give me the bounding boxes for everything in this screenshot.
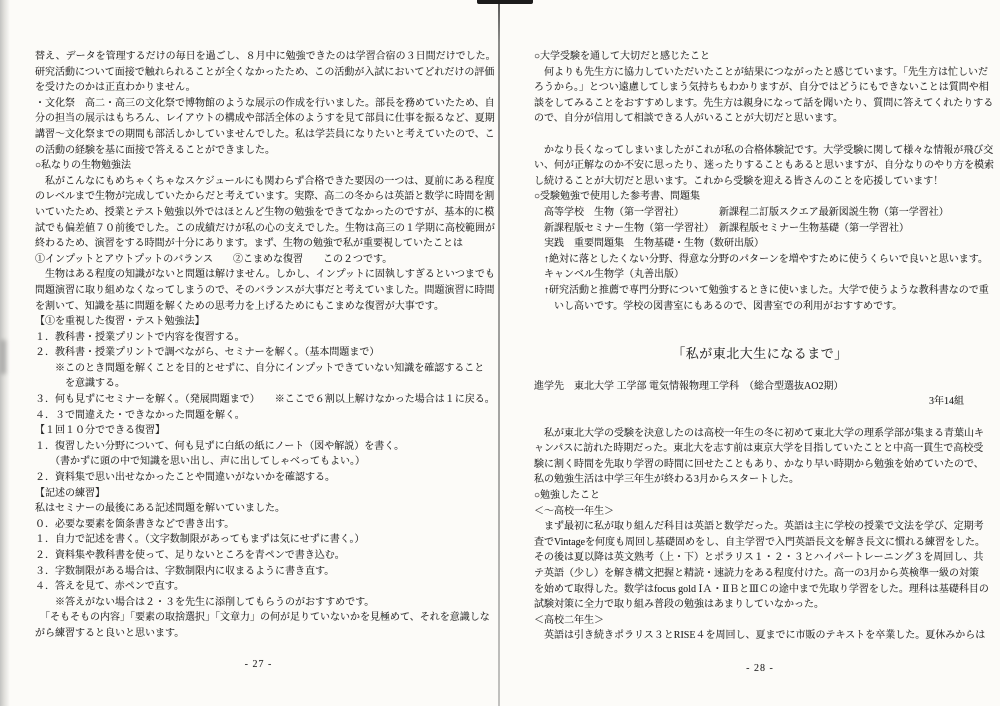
text-line: 問題演習に取り組めなくなってしまうので、そのバランスが大事だと考えていました。問… bbox=[35, 283, 482, 299]
text-line: し続けることが大切だと思います。これから受験を迎える皆さんのことを応援しています… bbox=[534, 174, 986, 190]
book-gutter-line bbox=[498, 0, 500, 706]
text-line bbox=[534, 127, 986, 143]
text-line: 講習～文化祭までの期間も部活しかしていませんでした。私は学芸員になりたいと考えて… bbox=[35, 127, 482, 143]
text-line: を割いて、知識を基に問題を解くための思考力を上げるためにもこまめな復習が大事です… bbox=[35, 299, 482, 315]
text-line: その後は夏以降は英文熟考（上・下）とポラリス１・２・３とハイパートレーニング３を… bbox=[534, 550, 986, 566]
text-line: １．復習したい分野について、何も見ずに白紙の紙にノート（図や解説）を書く。 bbox=[35, 439, 482, 455]
text-line: 試験対策に全力で取り組み普段の勉強はあまりしていなかった。 bbox=[534, 597, 986, 613]
text-line: 進学先 東北大学 工学部 電気情報物理工学科 （総合型選抜AO2期） bbox=[534, 379, 986, 395]
text-line: ○大学受験を通して大切だと感じたこと bbox=[534, 49, 986, 65]
text-line: 「そもそもの内容」「要素の取捨選択」「文章力」の何が足りていないかを見極めて、そ… bbox=[35, 610, 482, 626]
text-line: ＜高校二年生＞ bbox=[534, 613, 986, 629]
text-line: ※答えがない場合は２・３を先生に添削してもらうのがおすすめです。 bbox=[35, 595, 482, 611]
text-line: いていたため、授業とテスト勉強以外ではほとんど生物の勉強をできてなかったのですが… bbox=[35, 205, 482, 221]
text-line: 【記述の練習】 bbox=[35, 486, 482, 502]
text-line: 験に割く時間を先取り学習の時間に回せたこともあり、かなり早い時期から勉強を始めて… bbox=[534, 457, 986, 473]
text-line: ろうから。」とつい遠慮してしまう気持ちもわかりますが、自分ではどうにもできないこ… bbox=[534, 80, 986, 96]
text-line: ので、自分が信用して相談できる人がいることが大切だと思います。 bbox=[534, 111, 986, 127]
page-27: 替え、データを管理するだけの毎日を過ごし、８月中に勉強できたのは学習合宿の３日間… bbox=[35, 0, 482, 706]
page-28-text-block: ○大学受験を通して大切だと感じたこと 何よりも先生方に協力していただいたことが結… bbox=[534, 49, 986, 644]
text-line: ３．字数制限がある場合は、字数制限内に収まるように書き直す。 bbox=[35, 564, 482, 580]
page-27-text-block: 替え、データを管理するだけの毎日を過ごし、８月中に勉強できたのは学習合宿の３日間… bbox=[35, 49, 482, 642]
text-line: ２．資料集や教科書を使って、足りないところを青ペンで書き込む。 bbox=[35, 548, 482, 564]
text-line: 生物はある程度の知識がないと問題は解けません。しかし、インプットに固執しすぎると… bbox=[35, 267, 482, 283]
text-line: ○私なりの生物勉強法 bbox=[35, 158, 482, 174]
text-line: まず最初に私が取り組んだ科目は英語と数学だった。英語は主に学校の授業で文法を学び… bbox=[534, 519, 986, 535]
text-line: がら練習すると良いと思います。 bbox=[35, 626, 482, 642]
text-line: ２．教科書・授業プリントで調べながら、セミナーを解く。（基本問題まで） bbox=[35, 345, 482, 361]
page-number: - 27 - bbox=[35, 659, 482, 670]
text-line: 査でVintageを何度も周回し基礎固めをし、自主学習で入門英語長文を解き長文に… bbox=[534, 535, 986, 551]
text-line bbox=[534, 410, 986, 426]
text-line: 高等学校 生物（第一学習社） 新課程二訂版スクエア最新図説生物（第一学習社） bbox=[534, 205, 986, 221]
text-line bbox=[534, 363, 986, 379]
text-line: 私が東北大学の受験を決意したのは高校一年生の冬に初めて東北大学の理系学部が集まる… bbox=[534, 426, 986, 442]
essay-title: 「私が東北大生になるまで」 bbox=[534, 345, 986, 363]
text-line: 分の担当の展示はもちろん、レイアウトの構成や部活全体のようすを見て部員に仕事を振… bbox=[35, 111, 482, 127]
text-line: 私がこんなにもめちゃくちゃなスケジュールにも関わらず合格できた要因の一つは、夏前… bbox=[35, 174, 482, 190]
text-line: テ英語（少し）を解き構文把握と精読・速読力をある程度付けた。高一の3月から英検準… bbox=[534, 566, 986, 582]
text-line: 私はセミナーの最後にある記述問題を解いていました。 bbox=[35, 501, 482, 517]
text-line: を受けたのかは正直わかりません。 bbox=[35, 80, 482, 96]
text-line: ○受験勉強で使用した参考書、問題集 bbox=[534, 189, 986, 205]
text-line: 【１回１０分でできる復習】 bbox=[35, 423, 482, 439]
text-line: 英語は引き続きポラリス３とRISE４を周回し、夏までに市販のテキストを卒業した。… bbox=[534, 628, 986, 644]
text-line: の活動の経験を基に面接で答えることができました。 bbox=[35, 143, 482, 159]
text-line: かなり長くなってしまいましたがこれが私の合格体験記です。大学受験に関して様々な情… bbox=[534, 143, 986, 159]
text-line: ４．答えを見て、赤ペンで直す。 bbox=[35, 579, 482, 595]
text-line: ０．必要な要素を箇条書きなどで書き出す。 bbox=[35, 517, 482, 533]
text-line: のレベルまで生物が完成していたからだと考えています。実際、高二の冬からは英語と数… bbox=[35, 189, 482, 205]
text-line: ※このとき問題を解くことを目的とせずに、自分にインプットできていない知識を確認す… bbox=[35, 361, 482, 377]
page-number: - 28 - bbox=[534, 663, 986, 674]
text-line: ４．３で間違えた・できなかった問題を解く。 bbox=[35, 408, 482, 424]
text-line: 新課程版セミナー生物（第一学習社） 新課程版セミナー生物基礎（第一学習社） bbox=[534, 221, 986, 237]
text-line: 【①を重視した復習・テスト勉強法】 bbox=[35, 314, 482, 330]
text-line: い、何が正解なのか不安に思ったり、迷ったりすることもあると思いますが、自分なりの… bbox=[534, 158, 986, 174]
text-line: ○勉強したこと bbox=[534, 488, 986, 504]
text-line: ャンパスに訪れた時期だった。東北大を志す前は東京大学を目指していたことと中高一貫… bbox=[534, 441, 986, 457]
text-line: 替え、データを管理するだけの毎日を過ごし、８月中に勉強できたのは学習合宿の３日間… bbox=[35, 49, 482, 65]
text-line: 終わるため、演習をする時間が十分にあります。まず、生物の勉強で私が重要視していた… bbox=[35, 236, 482, 252]
text-line: 研究活動について面接で触れられることが全くなかったため、この活動が入試においてど… bbox=[35, 65, 482, 81]
text-line: ３．何も見ずにセミナーを解く。（発展問題まで） ※ここで６割以上解けなかった場合… bbox=[35, 392, 482, 408]
text-line: ＜～高校一年生＞ bbox=[534, 504, 986, 520]
text-line: ↑研究活動と推薦で専門分野について勉強するときに使いました。大学で使うような教科… bbox=[534, 283, 986, 299]
text-line bbox=[534, 330, 986, 346]
text-line: いし高いです。学校の図書室にもあるので、図書室での利用がおすすめです。 bbox=[534, 299, 986, 315]
text-line: １．自力で記述を書く。（文字数制限があってもまずは気にせずに書く。） bbox=[35, 532, 482, 548]
scanned-document-spread: 替え、データを管理するだけの毎日を過ごし、８月中に勉強できたのは学習合宿の３日間… bbox=[0, 0, 1000, 706]
text-line: ①インプットとアウトプットのバランス ②こまめな復習 この２つです。 bbox=[35, 252, 482, 268]
text-line: を始めて取得した。数学はfocus gold ⅠＡ・ⅡＢとⅢＣの途中まで先取り学… bbox=[534, 582, 986, 598]
text-line: キャンベル生物学（丸善出版） bbox=[534, 267, 986, 283]
text-line: １．教科書・授業プリントで内容を復習する。 bbox=[35, 330, 482, 346]
text-line: 談をしてみることをおすすめします。先生方は親身になって話を聞いたり、質問に答えて… bbox=[534, 96, 986, 112]
text-line: 実践 重要問題集 生物基礎・生物（数研出版） bbox=[534, 236, 986, 252]
book-gutter-notch bbox=[477, 0, 533, 4]
text-line: 3年14組 bbox=[534, 394, 986, 410]
text-line: ・文化祭 高二・高三の文化祭で博物館のような展示の作成を行いました。部長を務めて… bbox=[35, 96, 482, 112]
text-line: （書かずに頭の中で知識を思い出し、声に出してしゃべってもよい。） bbox=[35, 454, 482, 470]
page-28: ○大学受験を通して大切だと感じたこと 何よりも先生方に協力していただいたことが結… bbox=[534, 0, 986, 706]
scan-smudge bbox=[0, 340, 6, 374]
text-line: を意識する。 bbox=[35, 376, 482, 392]
text-line: 私の勉強生活は中学三年生が終わる3月からスタートした。 bbox=[534, 472, 986, 488]
text-line: 何よりも先生方に協力していただいたことが結果につながったと感じています。「先生方… bbox=[534, 65, 986, 81]
text-line: ↑絶対に落としたくない分野、得意な分野のパターンを増やすために使うくらいで良いと… bbox=[534, 252, 986, 268]
text-line: 試でも偏差値７０前後でした。この成績だけが私の心の支えでした。生物は高三の１学期… bbox=[35, 221, 482, 237]
text-line bbox=[534, 314, 986, 330]
text-line: ２．資料集で思い出せなかったことや間違いがないかを確認する。 bbox=[35, 470, 482, 486]
